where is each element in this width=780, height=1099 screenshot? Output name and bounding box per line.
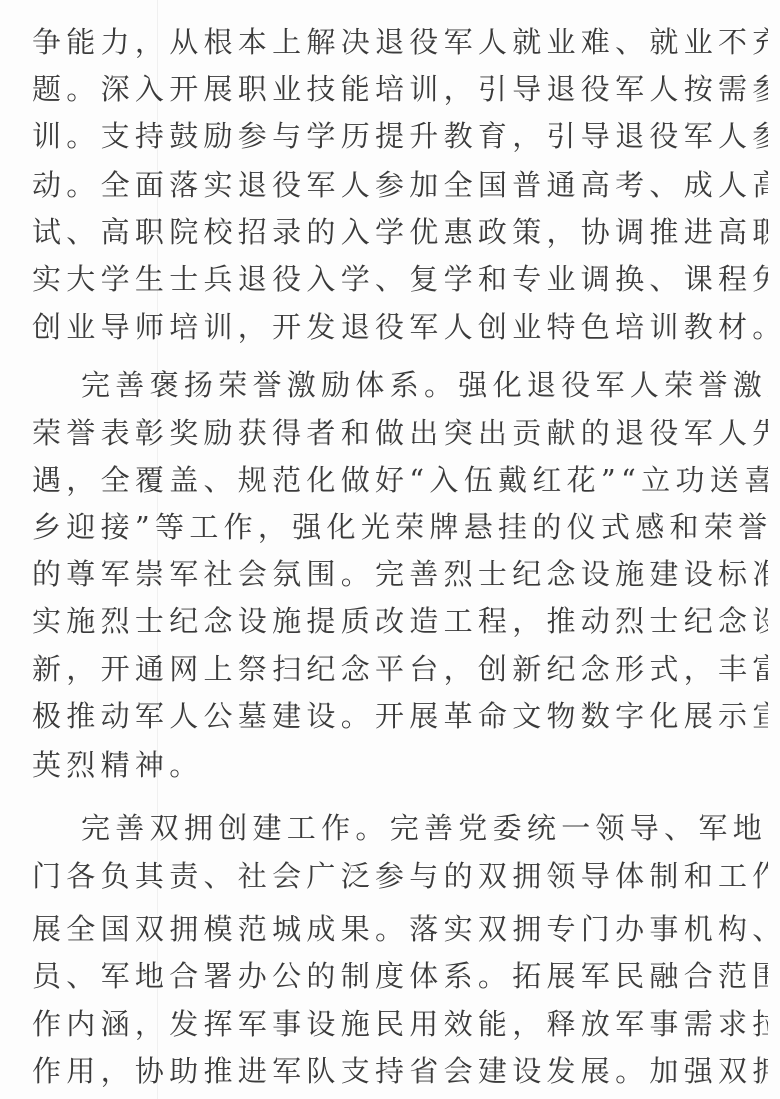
text-line: 实大学生士兵退役入学、复学和专业调换、课程免修政策。加强 [32,262,768,296]
paragraph-heading-line: 完善褒扬荣誉激励体系。强化退役军人荣誉激励，落实功勋 [81,368,768,402]
paragraph-heading-line: 完善双拥创建工作。完善党委统一领导、军地齐抓共管、部 [81,811,768,845]
text-line: 遇，全覆盖、规范化做好“入伍戴红花”“立功送喜报”“光荣返 [32,463,768,497]
text-line: 训。支持鼓励参与学历提升教育，引导退役军人参加学历提升行 [32,119,768,153]
document-page: 争能力，从根本上解决退役军人就业难、就业不充分等实际问 题。深入开展职业技能培训… [0,0,780,1099]
text-line: 试、高职院校招录的入学优惠政策，协调推进高职扩招工作，落 [32,215,768,249]
text-line: 实施烈士纪念设施提质改造工程，推动烈士纪念设施建设和更 [32,604,768,638]
text-line: 荣誉表彰奖励获得者和做出突出贡献的退役军人先进典型相关待 [32,416,768,450]
text-line: 展全国双拥模范城成果。落实双拥专门办事机构、专职工作人 [32,912,768,946]
text-line: 动。全面落实退役军人参加全国普通高考、成人高考、研究生考 [32,168,768,202]
text-line: 作用，协助推进军队支持省会建设发展。加强双拥宣传阵地建 [32,1054,768,1088]
text-line: 极推动军人公墓建设。开展革命文物数字化展示宣传，大力弘扬 [32,699,768,733]
text-line: 门各负其责、社会广泛参与的双拥领导体制和工作机制，巩固拓 [32,859,768,893]
text-line: 乡迎接”等工作，强化光荣牌悬挂的仪式感和荣誉感，营造浓厚 [32,510,768,544]
text-line: 英烈精神。 [32,748,768,782]
text-line: 争能力，从根本上解决退役军人就业难、就业不充分等实际问 [32,25,768,59]
text-line: 作内涵，发挥军事设施民用效能，释放军事需求拉动经济发展的 [32,1007,768,1041]
text-line: 员、军地合署办公的制度体系。拓展军民融合范围，丰富双拥工 [32,959,768,993]
text-line: 新，开通网上祭扫纪念平台，创新纪念形式，丰富纪念内容。积 [32,652,768,686]
text-line: 创业导师培训，开发退役军人创业特色培训教材。 [32,310,768,344]
text-line: 的尊军崇军社会氛围。完善烈士纪念设施建设标准和服务规范， [32,557,768,591]
text-line: 题。深入开展职业技能培训，引导退役军人按需参加职业技能培 [32,72,768,106]
